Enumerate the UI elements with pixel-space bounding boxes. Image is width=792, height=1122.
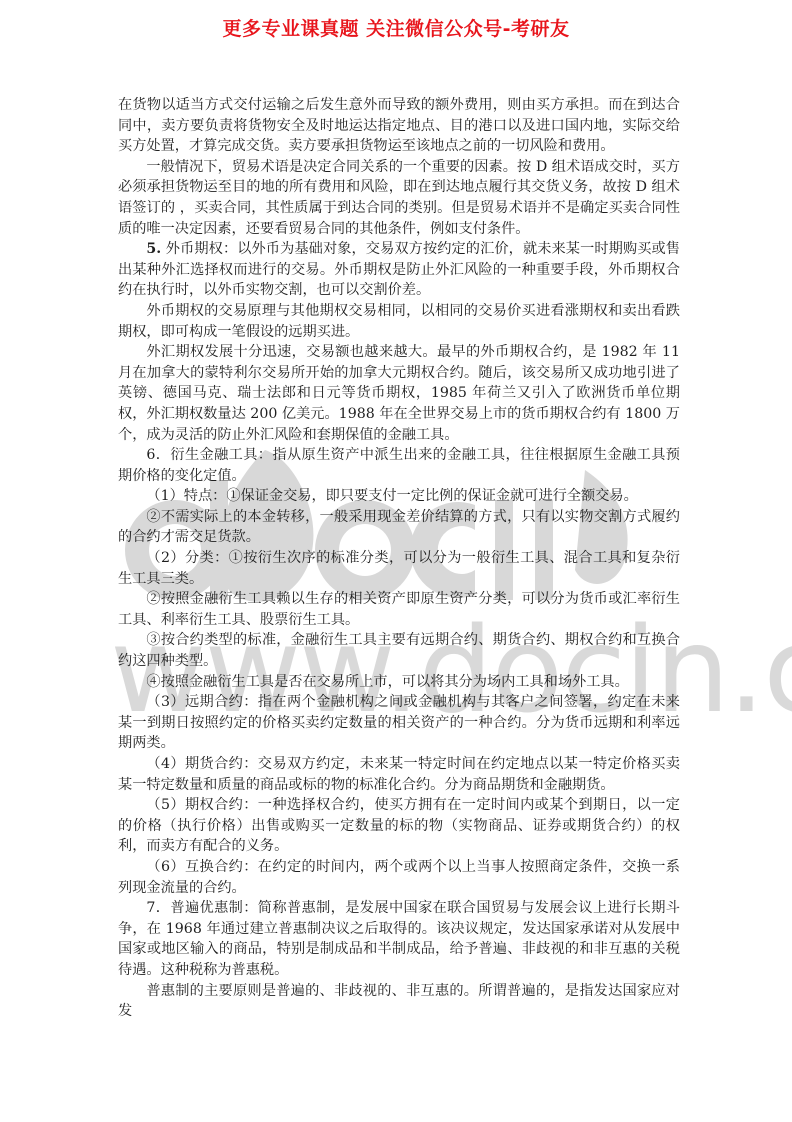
- paragraph: （1）特点：①保证金交易，即只要支付一定比例的保证金就可进行全额交易。: [118, 486, 680, 507]
- promo-banner: 更多专业课真题 关注微信公众号-考研友: [0, 14, 792, 41]
- paragraph: ④按照金融衍生工具是否在交易所上市，可以将其分为场内工具和场外工具。: [118, 672, 680, 693]
- item-number: 5.: [146, 241, 161, 257]
- paragraph: 普惠制的主要原则是普遍的、非歧视的、非互惠的。所谓普遍的，是指发达国家应对发: [118, 981, 680, 1022]
- document-body: 在货物以适当方式交付运输之后发生意外而导致的额外费用，则由买方承担。而在到达合同…: [118, 95, 680, 1022]
- paragraph: ③按合约类型的标准，金融衍生工具主要有远期合约、期货合约、期权合约和互换合约这四…: [118, 630, 680, 671]
- paragraph: 在货物以适当方式交付运输之后发生意外而导致的额外费用，则由买方承担。而在到达合同…: [118, 95, 680, 157]
- paragraph: 一般情况下，贸易术语是决定合同关系的一个重要的因素。按 D 组术语成交时，买方必…: [118, 157, 680, 239]
- paragraph: （2）分类：①按衍生次序的标准分类，可以分为一般衍生工具、混合工具和复杂衍生工具…: [118, 548, 680, 589]
- paragraph: （3）远期合约：指在两个金融机构之间或金融机构与其客户之间签署，约定在未来某一到…: [118, 692, 680, 754]
- paragraph: ②不需实际上的本金转移，一般采用现金差价结算的方式，只有以实物交割方式履约的合约…: [118, 507, 680, 548]
- paragraph: （4）期货合约：交易双方约定，未来某一特定时间在约定地点以某一特定价格买卖某一特…: [118, 754, 680, 795]
- paragraph-text: 外币期权：以外币为基础对象，交易双方按约定的汇价，就未来某一时期购买或售出某种外…: [118, 241, 680, 298]
- paragraph-item-7: 7．普遍优惠制：简称普惠制，是发展中国家在联合国贸易与发展会议上进行长期斗争，在…: [118, 898, 680, 980]
- paragraph: ②按照金融衍生工具赖以生存的相关资产即原生资产分类，可以分为货币或汇率衍生工具、…: [118, 589, 680, 630]
- paragraph: 外币期权的交易原理与其他期权交易相同，以相同的交易价买进看涨期权和卖出看跌期权，…: [118, 301, 680, 342]
- paragraph-item-6: 6．衍生金融工具：指从原生资产中派生出来的金融工具，往往根据原生金融工具预期价格…: [118, 445, 680, 486]
- paragraph: 外汇期权发展十分迅速，交易额也越来越大。最早的外币期权合约，是 1982 年 1…: [118, 342, 680, 445]
- paragraph-item-5: 5. 外币期权：以外币为基础对象，交易双方按约定的汇价，就未来某一时期购买或售出…: [118, 239, 680, 301]
- paragraph: （6）互换合约：在约定的时间内，两个或两个以上当事人按照商定条件，交换一系列现金…: [118, 857, 680, 898]
- paragraph: （5）期权合约：一种选择权合约，使买方拥有在一定时间内或某个到期日，以一定的价格…: [118, 795, 680, 857]
